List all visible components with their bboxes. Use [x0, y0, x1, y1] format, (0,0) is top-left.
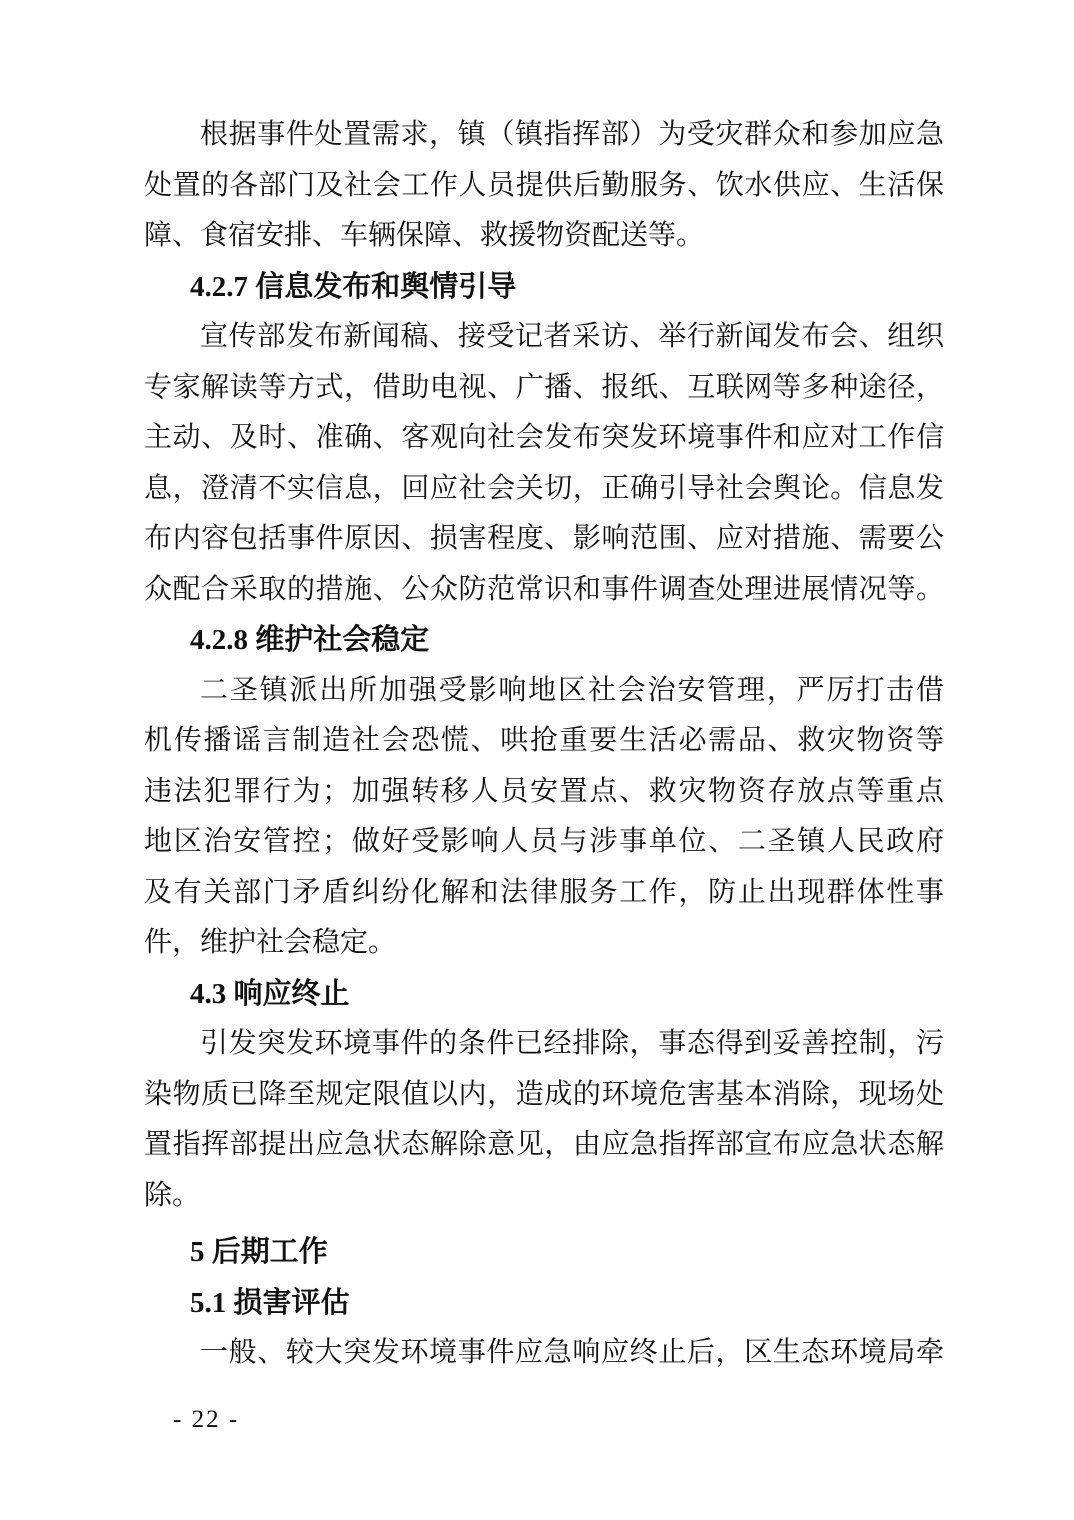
document-body: 根据事件处置需求，镇（镇指挥部）为受灾群众和参加应急 处置的各部门及社会工作人员…: [144, 110, 944, 1379]
section-heading-5: 5 后期工作: [144, 1227, 944, 1278]
paragraph-line: 置指挥部提出应急状态解除意见，由应急指挥部宣布应急状态解: [144, 1120, 944, 1171]
paragraph-line: 除。: [144, 1171, 944, 1222]
paragraph-line: 染物质已降至规定限值以内，造成的环境危害基本消除，现场处: [144, 1070, 944, 1121]
paragraph-line: 件，维护社会稳定。: [144, 918, 944, 969]
section-heading-5-1: 5.1 损害评估: [144, 1278, 944, 1329]
page-number: - 22 -: [173, 1403, 239, 1437]
paragraph-line: 根据事件处置需求，镇（镇指挥部）为受灾群众和参加应急: [144, 110, 944, 161]
paragraph-line: 地区治安管控；做好受影响人员与涉事单位、二圣镇人民政府: [144, 817, 944, 868]
paragraph-line: 主动、及时、准确、客观向社会发布突发环境事件和应对工作信: [144, 413, 944, 464]
paragraph-line: 一般、较大突发环境事件应急响应终止后，区生态环境局牵: [144, 1328, 944, 1379]
document-page: 根据事件处置需求，镇（镇指挥部）为受灾群众和参加应急 处置的各部门及社会工作人员…: [0, 0, 1074, 1520]
paragraph-line: 引发突发环境事件的条件已经排除，事态得到妥善控制，污: [144, 1019, 944, 1070]
paragraph-line: 违法犯罪行为；加强转移人员安置点、救灾物资存放点等重点: [144, 767, 944, 818]
paragraph-line: 专家解读等方式，借助电视、广播、报纸、互联网等多种途径，: [144, 363, 944, 414]
section-heading-4-2-8: 4.2.8 维护社会稳定: [144, 615, 944, 666]
paragraph-line: 息，澄清不实信息，回应社会关切，正确引导社会舆论。信息发: [144, 464, 944, 515]
paragraph-line: 障、食宿安排、车辆保障、救援物资配送等。: [144, 211, 944, 262]
paragraph-line: 机传播谣言制造社会恐慌、哄抢重要生活必需品、救灾物资等: [144, 716, 944, 767]
section-heading-4-2-7: 4.2.7 信息发布和舆情引导: [144, 262, 944, 313]
paragraph-line: 众配合采取的措施、公众防范常识和事件调查处理进展情况等。: [144, 565, 944, 616]
paragraph-line: 处置的各部门及社会工作人员提供后勤服务、饮水供应、生活保: [144, 161, 944, 212]
paragraph-line: 二圣镇派出所加强受影响地区社会治安管理，严厉打击借: [144, 666, 944, 717]
paragraph-line: 及有关部门矛盾纠纷化解和法律服务工作，防止出现群体性事: [144, 868, 944, 919]
section-heading-4-3: 4.3 响应终止: [144, 969, 944, 1020]
paragraph-line: 宣传部发布新闻稿、接受记者采访、举行新闻发布会、组织: [144, 312, 944, 363]
paragraph-line: 布内容包括事件原因、损害程度、影响范围、应对措施、需要公: [144, 514, 944, 565]
